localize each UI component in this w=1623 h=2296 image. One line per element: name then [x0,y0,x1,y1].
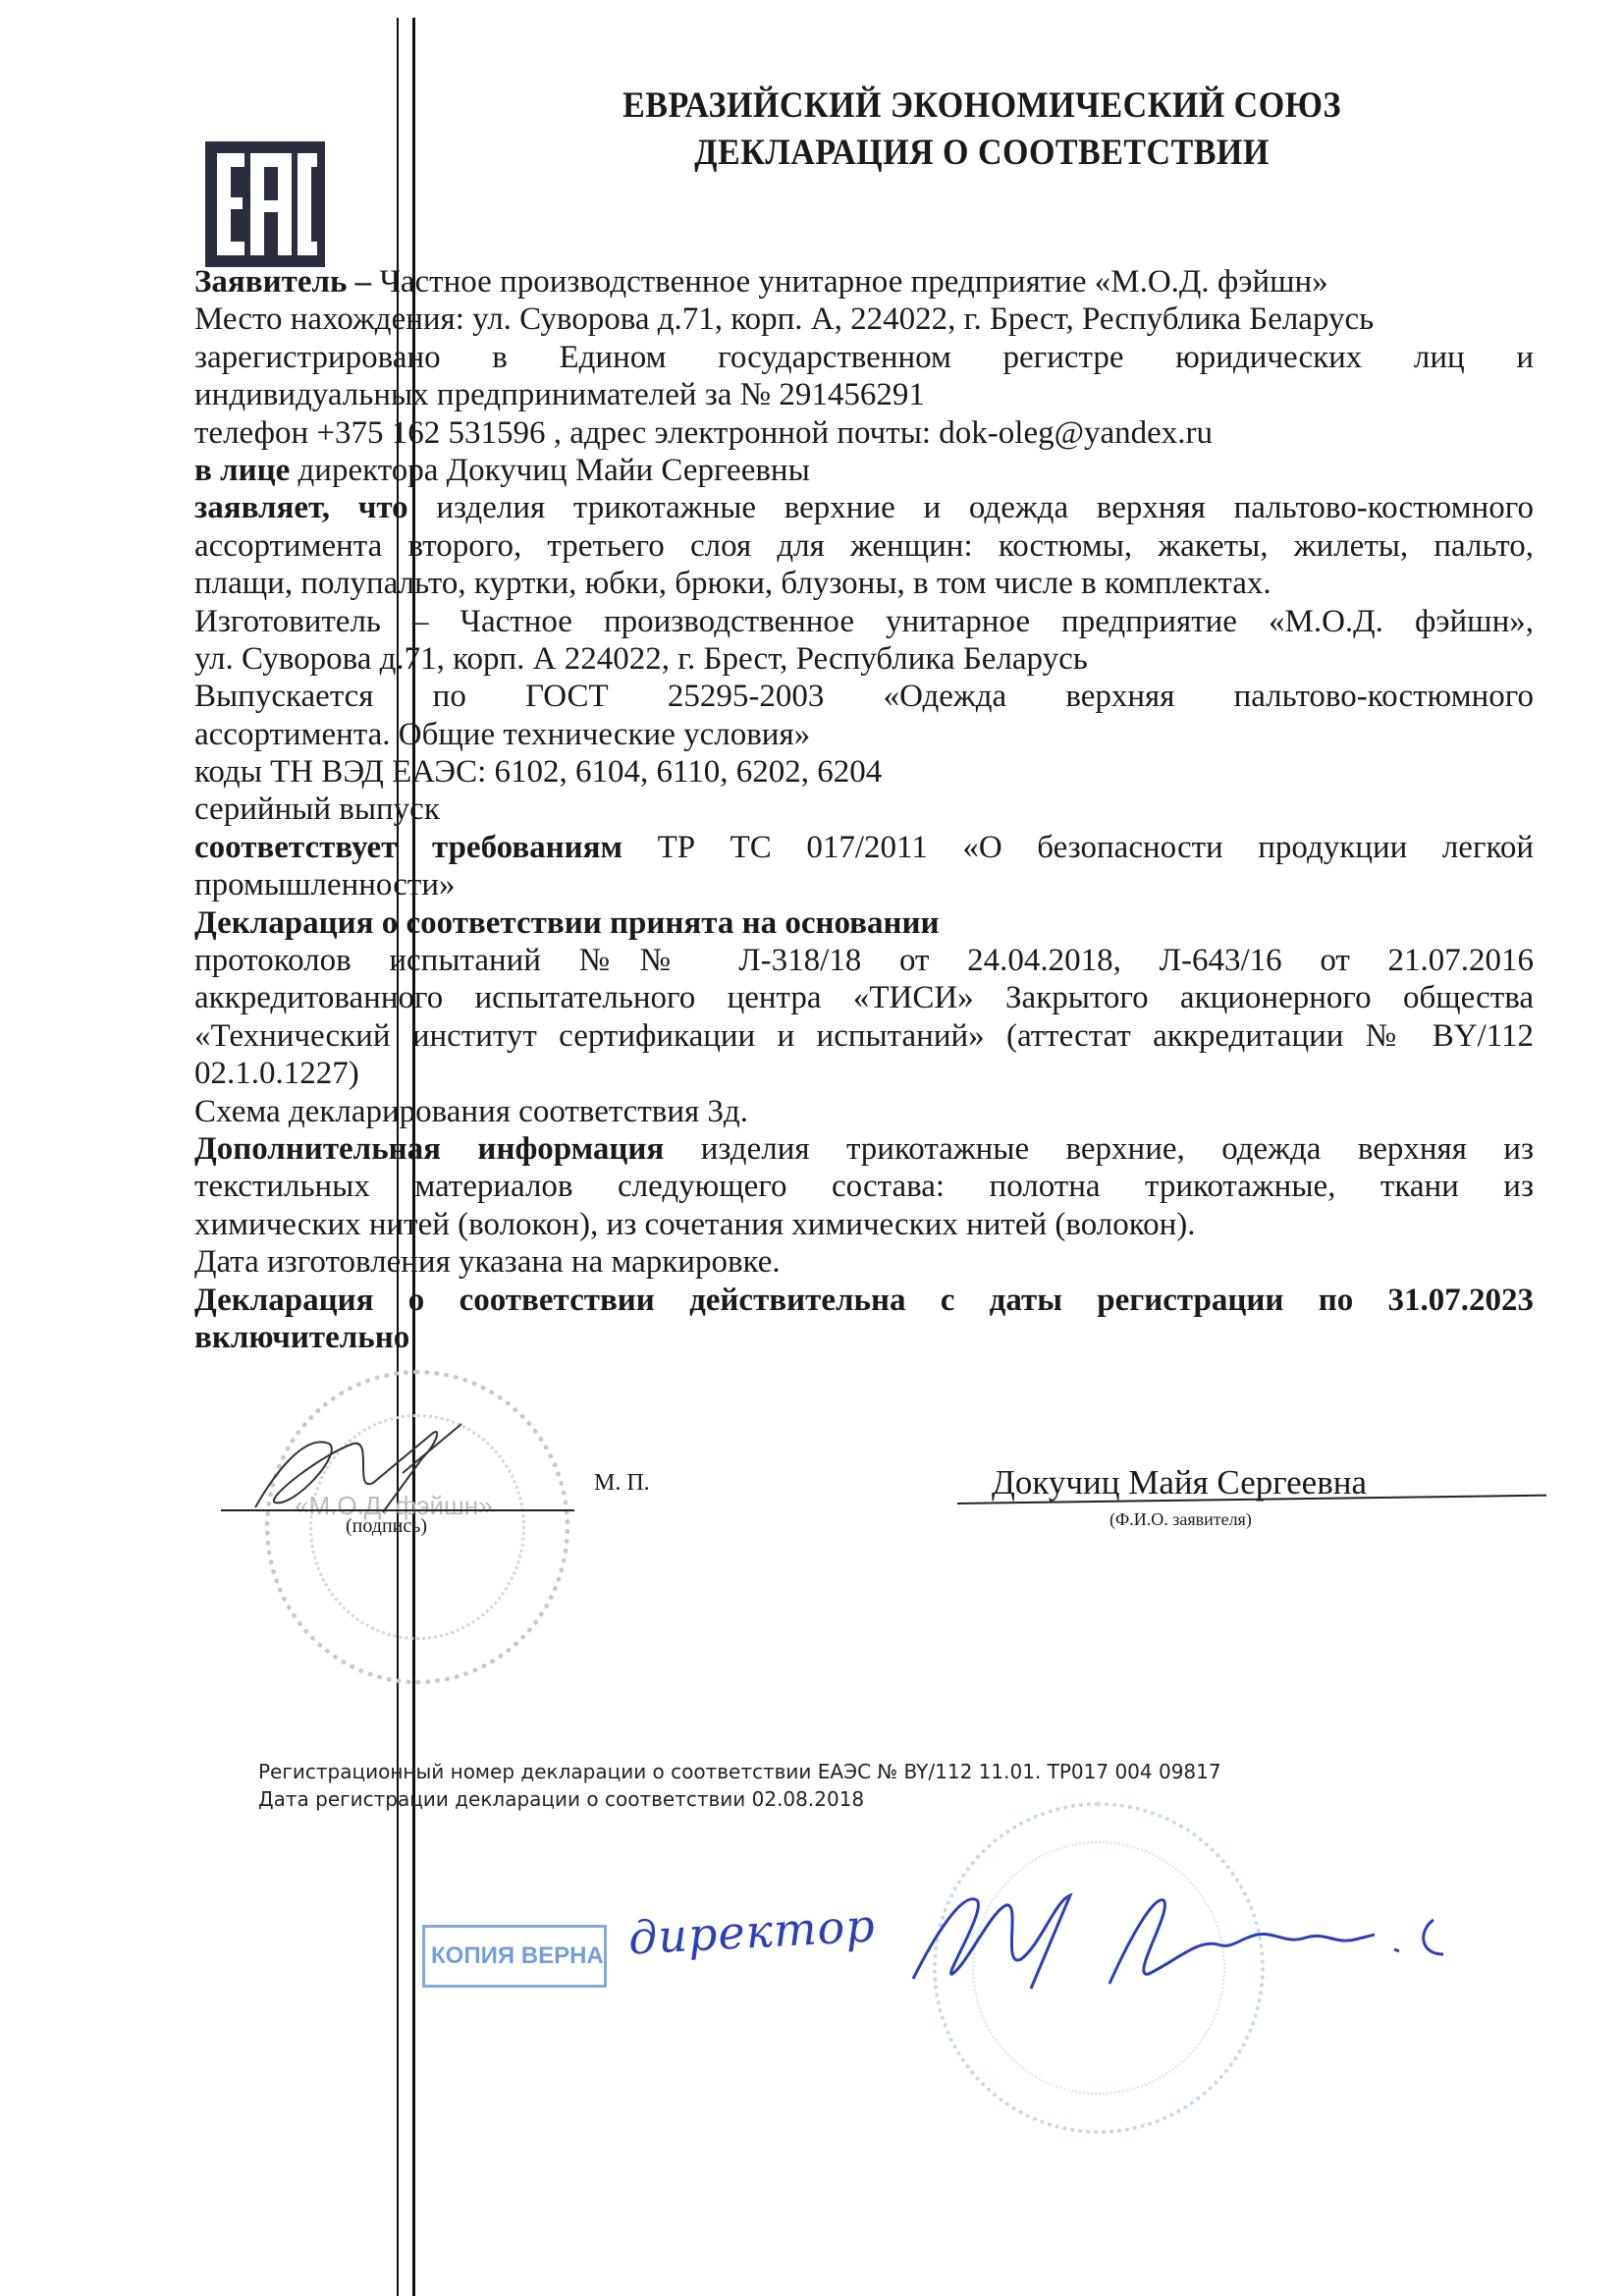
handwritten-title: директор [627,1898,877,1964]
basis-line: 02.1.0.1227) [194,1055,1534,1092]
applicant-label: Заявитель – [194,264,371,300]
conforms-text: ТР ТС 017/2011 «О безопасности продукции… [622,830,1534,865]
registration-number: Регистрационный номер декларации о соотв… [258,1758,1221,1785]
products-line: плащи, полупальто, куртки, юбки, брюки, … [194,565,1534,602]
declares-text: изделия трикотажные верхние и одежда вер… [408,490,1534,525]
name-caption: (Ф.И.О. заявителя) [1109,1509,1252,1530]
declares-label: заявляет, что [194,490,408,525]
additional-line: Дополнительная информация изделия трикот… [194,1130,1534,1168]
standard-line: ассортимента. Общие технические условия» [194,716,1534,753]
standard-line: Выпускается по ГОСТ 25295-2003 «Одежда в… [194,678,1534,715]
hs-codes: коды ТН ВЭД ЕАЭС: 6102, 6104, 6110, 6202… [194,753,1534,791]
seal-place-label: М. П. [594,1470,650,1497]
scheme-line: Схема декларирования соответствия 3д. [194,1093,1534,1130]
basis-line: протоколов испытаний №№ Л-318/18 от 24.0… [194,942,1534,979]
applicant-line: Заявитель – Частное производственное уни… [194,263,1534,301]
serial-production: серийный выпуск [194,791,1534,828]
additional-line: текстильных материалов следующего состав… [194,1168,1534,1205]
validity-line: включительно [194,1319,1534,1356]
conforms-line: промышленности» [194,866,1534,903]
applicant-contacts: телефон +375 162 531596 , адрес электрон… [194,414,1534,452]
manufacturer-line: Изготовитель – Частное производственное … [194,603,1534,640]
validity-line: Декларация о соответствии действительна … [194,1282,1534,1319]
rep-name: директора Докучиц Майи Сергеевны [290,453,810,488]
additional-text: изделия трикотажные верхние, одежда верх… [664,1131,1534,1167]
header-declaration: ДЕКЛАРАЦИЯ О СООТВЕТСТВИИ [584,130,1380,177]
signature-caption: (подпись) [346,1515,427,1538]
signature-line [221,1509,574,1511]
applicant-name: Частное производственное унитарное предп… [371,264,1328,300]
copy-certified-stamp: КОПИЯ ВЕРНА [422,1925,607,1988]
header-union: ЕВРАЗИЙСКИЙ ЭКОНОМИЧЕСКИЙ СОЮЗ [584,82,1380,130]
additional-line: химических нитей (волокон), из сочетания… [194,1206,1534,1243]
basis-line: аккредитованного испытательного центра «… [194,979,1534,1016]
conforms-line: соответствует требованиям ТР ТС 017/2011… [194,829,1534,866]
declares-line: заявляет, что изделия трикотажные верхни… [194,489,1534,526]
representative-line: в лице директора Докучиц Майи Сергеевны [194,452,1534,489]
document-header: ЕВРАЗИЙСКИЙ ЭКОНОМИЧЕСКИЙ СОЮЗ ДЕКЛАРАЦИ… [584,82,1380,177]
registry-line: зарегистрировано в Едином государственно… [194,339,1534,376]
manufacturer-address: ул. Суворова д.71, корп. А 224022, г. Бр… [194,640,1534,678]
additional-label: Дополнительная информация [194,1131,664,1167]
applicant-address: Место нахождения: ул. Суворова д.71, кор… [194,301,1534,338]
basis-line: «Технический институт сертификации и исп… [194,1017,1534,1055]
rep-label: в лице [194,453,290,488]
declaration-body: Заявитель – Частное производственное уни… [194,263,1534,1356]
manufacture-date-line: Дата изготовления указана на маркировке. [194,1243,1534,1281]
signature-scribble-icon [236,1414,550,1522]
products-line: ассортимента второго, третьего слоя для … [194,527,1534,565]
basis-heading: Декларация о соответствии принята на осн… [194,904,1534,942]
conforms-label: соответствует требованиям [194,830,622,865]
eac-mark-icon [205,141,325,267]
handwritten-signature-icon [884,1881,1522,1998]
registry-number: индивидуальных предпринимателей за № 291… [194,376,1534,413]
